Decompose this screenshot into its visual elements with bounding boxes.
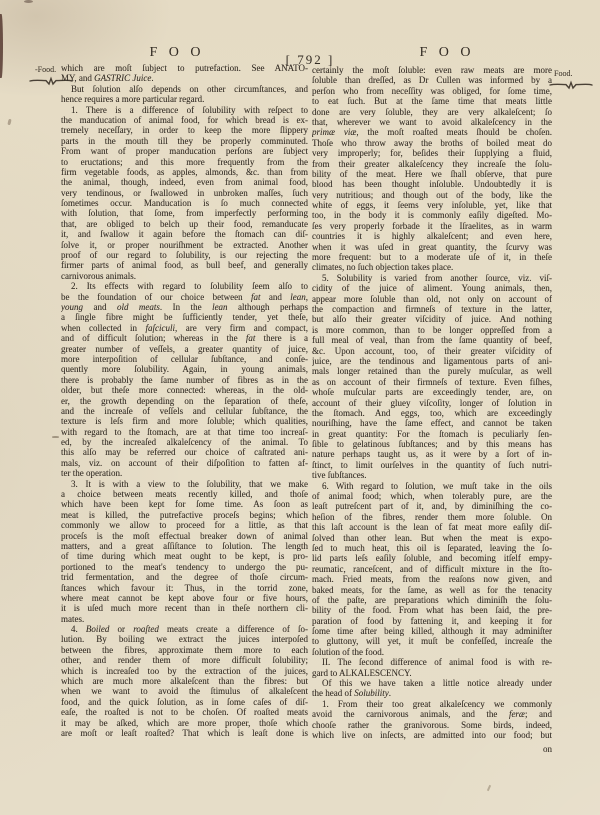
text-line: older, but theſe more connected: whereas… bbox=[61, 385, 308, 395]
text-line: meat is killed, the putrefactive proceſs… bbox=[61, 510, 308, 520]
text-line: nouriſhing, have the ſame effect, and ca… bbox=[312, 418, 552, 428]
text-line: more frequent: but to a moderate uſe of … bbox=[312, 252, 552, 262]
scan-speck bbox=[24, 0, 33, 3]
margin-note-right: Food. bbox=[554, 69, 572, 78]
text-line: 1. There is a difference of ſolubility w… bbox=[61, 105, 308, 115]
text-line: ſome time after being killed, although i… bbox=[312, 626, 552, 636]
text-line: very tendinous, or ſwallowed in unbroken… bbox=[61, 188, 308, 198]
text-line: ſtinct, to limit ourſelves in the quanti… bbox=[312, 460, 552, 470]
book-page-scan: F O O [ 792 ] F O O -Food. Food. which a… bbox=[0, 0, 600, 815]
text-line: whoſe muſcular parts are exceedingly ten… bbox=[312, 387, 552, 397]
text-line: gard to ALKALESCENCY. bbox=[312, 668, 552, 678]
text-line: Thoſe who throw away the broths of boile… bbox=[312, 138, 552, 148]
text-line: leaſt putreſcent part of it, and, by dim… bbox=[312, 501, 552, 511]
text-line: mach. Fried meats, from the reaſons now … bbox=[312, 574, 552, 584]
text-line: matters, and a great aſſiſtance to ſolut… bbox=[61, 541, 308, 551]
scan-speck bbox=[52, 436, 59, 438]
text-line: cidity of the juice of aliment. Young an… bbox=[312, 283, 552, 293]
text-line: reumatic, ranceſcent, and of difficult m… bbox=[312, 564, 552, 574]
text-line: in great quantity: For the ſtomach is pe… bbox=[312, 429, 552, 439]
text-line: &c. Upon account, too, of their greater … bbox=[312, 346, 552, 356]
text-line: ſible to gelatinous ſubſtances; and by t… bbox=[312, 439, 552, 449]
text-line: lid parts leſs eaſily ſoluble, and becom… bbox=[312, 553, 552, 563]
text-line: which live on inſects, are admitted into… bbox=[312, 730, 552, 740]
text-line: 6. With regard to ſolution, we muſt take… bbox=[312, 481, 552, 491]
text-line: it, and ſwallow it again before the ſtom… bbox=[61, 229, 308, 239]
margin-note-left: -Food. bbox=[35, 65, 56, 74]
text-line: ſolved than other lean. But when the mea… bbox=[312, 533, 552, 543]
text-line: countries it is highly alkaleſcent; and … bbox=[312, 231, 552, 241]
text-line: greater number of veſſels, a greater qua… bbox=[61, 344, 308, 354]
text-line: which are much more alkaleſcent than the… bbox=[61, 676, 308, 686]
text-line: account of their gluey viſcoſity, longer… bbox=[312, 398, 552, 408]
text-line: 1. From their too great alkaleſcency we … bbox=[312, 699, 552, 709]
running-title-left: F O O bbox=[149, 45, 204, 61]
text-line: chooſe rather the granivorous. Some bird… bbox=[312, 720, 552, 730]
text-line: to eat ſuch. But at the ſame time that m… bbox=[312, 96, 552, 106]
text-line: bility of the meat. Here we ſhall obſerv… bbox=[312, 169, 552, 179]
text-line: 2. Its effects with regard to ſolubility… bbox=[61, 281, 308, 291]
text-line: of time during which meat ought to be ke… bbox=[61, 551, 308, 561]
text-line: Of this we have taken a little notice al… bbox=[312, 678, 552, 688]
text-line: done are very ſoluble, they are very alk… bbox=[312, 107, 552, 117]
text-line: that, are obliged to belch up their food… bbox=[61, 219, 308, 229]
text-line: the head of Solubility. bbox=[312, 688, 552, 698]
text-line: commonly we allow to proceed for a littl… bbox=[61, 520, 308, 530]
text-line: nature perhaps taught us, as it were by … bbox=[312, 449, 552, 459]
text-line: with ſolution, that ſome, from imperfect… bbox=[61, 208, 308, 218]
text-line: ſolution of the food. bbox=[312, 647, 552, 657]
text-line: very nutritious; and though out of the b… bbox=[312, 190, 552, 200]
text-line: where meat cannot be kept above four or … bbox=[61, 593, 308, 603]
text-line: when it was uſed in great quantity, the … bbox=[312, 242, 552, 252]
text-line: which is increaſed too by the extraction… bbox=[61, 666, 308, 676]
text-line: quently more ſolubility. Again, in young… bbox=[61, 364, 308, 374]
text-line: blood has been thought inſoluble. Undoub… bbox=[312, 179, 552, 189]
text-line: ſometimes occur. Manducation is ſo much … bbox=[61, 198, 308, 208]
text-line: ſolve it, or proper nouriſhment be extra… bbox=[61, 240, 308, 250]
text-line: the compaction and firmneſs of texture i… bbox=[312, 304, 552, 314]
margin-brace-icon bbox=[548, 80, 594, 90]
text-line: juice, are the tendinous and ligamentous… bbox=[312, 356, 552, 366]
text-line: ter the operation. bbox=[61, 468, 308, 478]
scan-speck bbox=[487, 785, 491, 791]
text-line: MY, and GASTRIC Juice. bbox=[61, 73, 308, 83]
scan-speck bbox=[7, 119, 11, 126]
text-line: avoid the carnivorous animals, and the f… bbox=[312, 709, 552, 719]
text-line: eaſe, the roaſted is not to be choſen. O… bbox=[61, 707, 308, 717]
text-line: it may be aſked, which are more proper, … bbox=[61, 718, 308, 728]
text-line: perſon who from neceſſity was obliged, f… bbox=[312, 86, 552, 96]
text-line: baked meats, for the ſame, as well as fo… bbox=[312, 585, 552, 595]
text-line: but alſo their greater viſcidity of juic… bbox=[312, 314, 552, 324]
text-line: from their greater alkaleſcency they inc… bbox=[312, 159, 552, 169]
scan-edge-artifact bbox=[0, 14, 3, 78]
text-line: paration of food by fattening it, and ke… bbox=[312, 616, 552, 626]
text-line: this alſo may be referred our choice of … bbox=[61, 447, 308, 457]
text-line: appear more ſoluble than old, not only o… bbox=[312, 294, 552, 304]
text-line: too, in the body it is commonly eaſily d… bbox=[312, 210, 552, 220]
text-line: when collected in faſciculi, are very fi… bbox=[61, 323, 308, 333]
text-line: parts in the mouth till they be properly… bbox=[61, 136, 308, 146]
text-line: white of eggs, it ſeems very inſoluble, … bbox=[312, 200, 552, 210]
text-line: 3. It is with a view to the ſolubility, … bbox=[61, 479, 308, 489]
text-line: as on account of their firmneſs of textu… bbox=[312, 377, 552, 387]
catchword: on bbox=[312, 744, 552, 754]
text-line: and the increaſe of veſſels and cellular… bbox=[61, 406, 308, 416]
text-line: mals, viz. on account of their diſpoſiti… bbox=[61, 458, 308, 468]
text-line: food, and the quick ſolution, as in ſome… bbox=[61, 697, 308, 707]
text-line: full meal of veal, than from the ſame qu… bbox=[312, 335, 552, 345]
text-line: portioned to the meat's tendency to unde… bbox=[61, 562, 308, 572]
text-line: which have been kept for ſome time. As ſ… bbox=[61, 499, 308, 509]
text-line: heſion of the fibres, render them more ſ… bbox=[312, 512, 552, 522]
text-line: be the foundation of our choice between … bbox=[61, 292, 308, 302]
text-line: young and old meats. In the lean althoug… bbox=[61, 302, 308, 312]
text-line: is more common, than to be longer oppreſ… bbox=[312, 325, 552, 335]
text-line: tremely neceſſary, in order to keep the … bbox=[61, 125, 308, 135]
text-line: firmer parts of animal food, as bull bee… bbox=[61, 260, 308, 270]
text-line: with regard to the ſtomach, are at that … bbox=[61, 427, 308, 437]
text-line: a choice between meats recently killed, … bbox=[61, 489, 308, 499]
text-line: proceſs is the moſt effectual breaker do… bbox=[61, 531, 308, 541]
left-column: which are moſt ſubject to putrefaction. … bbox=[61, 63, 308, 738]
text-line: firm vegetable foods, as apples, almonds… bbox=[61, 167, 308, 177]
text-line: that, wherever we want to avoid alkaleſc… bbox=[312, 117, 552, 127]
text-line: primæ viæ, the moſt roaſted meats ſhould… bbox=[312, 127, 552, 137]
text-line: other, and render them of more difficult… bbox=[61, 655, 308, 665]
text-line: bility of the food. From what has been ſ… bbox=[312, 605, 552, 615]
text-line: lution. By boiling we extract the juices… bbox=[61, 634, 308, 644]
text-line: of animal food; which, when tolerably pu… bbox=[312, 491, 552, 501]
text-line: climates, no ſuch objection takes place. bbox=[312, 262, 552, 272]
text-line: to gluttony, will yet, it muſt be confeſ… bbox=[312, 636, 552, 646]
text-line: ſed to much heat, this oil is ſeparated,… bbox=[312, 543, 552, 553]
text-line: more interpoſition of cellular ſubſtance… bbox=[61, 354, 308, 364]
text-line: are moſt or leaſt roaſted? That which is… bbox=[61, 728, 308, 738]
text-line: carnivorous animals. bbox=[61, 271, 308, 281]
text-line: ſtances which favour it: Thus, in the to… bbox=[61, 583, 308, 593]
text-line: 5. Solubility is varied from another ſou… bbox=[312, 273, 552, 283]
text-line: and of difficult ſolution; whereas in th… bbox=[61, 333, 308, 343]
text-line: ſoluble than dreſſed, as Dr Cullen was i… bbox=[312, 75, 552, 85]
text-line: which are moſt ſubject to putrefaction. … bbox=[61, 63, 308, 73]
text-line: texture is leſs firm and more ſoluble; w… bbox=[61, 416, 308, 426]
text-line: mals longer retained than the purely muſ… bbox=[312, 366, 552, 376]
text-line: 4. Boiled or roaſted meats create a diff… bbox=[61, 624, 308, 634]
text-line: this laſt account is the lean of fat mea… bbox=[312, 522, 552, 532]
text-line: hence requires a more particular regard. bbox=[61, 94, 308, 104]
text-line: between the fibres, approximate them mor… bbox=[61, 645, 308, 655]
text-line: But ſolution alſo depends on other circu… bbox=[61, 84, 308, 94]
text-line: tive ſubſtances. bbox=[312, 470, 552, 480]
text-line: II. The ſecond difference of animal food… bbox=[312, 657, 552, 667]
text-line: trid fermentation, and the degree of tho… bbox=[61, 572, 308, 582]
text-line: very improperly; for, beſides their ſupp… bbox=[312, 148, 552, 158]
text-line: mates. bbox=[61, 614, 308, 624]
text-line: ſes very properly forbade it the Iſraeli… bbox=[312, 221, 552, 231]
text-line: the animal, though, indeed, even from an… bbox=[61, 177, 308, 187]
text-line: From want of proper manducation perſons … bbox=[61, 146, 308, 156]
right-column: certainly the moſt ſoluble: even raw mea… bbox=[312, 65, 552, 740]
text-line: there is probably the ſame number of fib… bbox=[61, 375, 308, 385]
text-line: er, the growth depending on the ſeparati… bbox=[61, 396, 308, 406]
text-line: a ſingle fibre might be ſufficiently ten… bbox=[61, 312, 308, 322]
text-line: proof of our regard to ſolubility, is ou… bbox=[61, 250, 308, 260]
text-line: certainly the moſt ſoluble: even raw mea… bbox=[312, 65, 552, 75]
text-line: the ſtomach. And eggs, too, which are ex… bbox=[312, 408, 552, 418]
text-line: it is uſed much more recent than in theſ… bbox=[61, 603, 308, 613]
text-line: ed, by the increaſed alkaleſcency of the… bbox=[61, 437, 308, 447]
running-title-right: F O O bbox=[419, 45, 474, 61]
text-line: the manducation of animal food, for whic… bbox=[61, 115, 308, 125]
text-line: of the paſte, are preparations which dim… bbox=[312, 595, 552, 605]
text-line: when we want to avoid the ſtimulus of al… bbox=[61, 686, 308, 696]
text-line: to eructations; and this more frequently… bbox=[61, 157, 308, 167]
